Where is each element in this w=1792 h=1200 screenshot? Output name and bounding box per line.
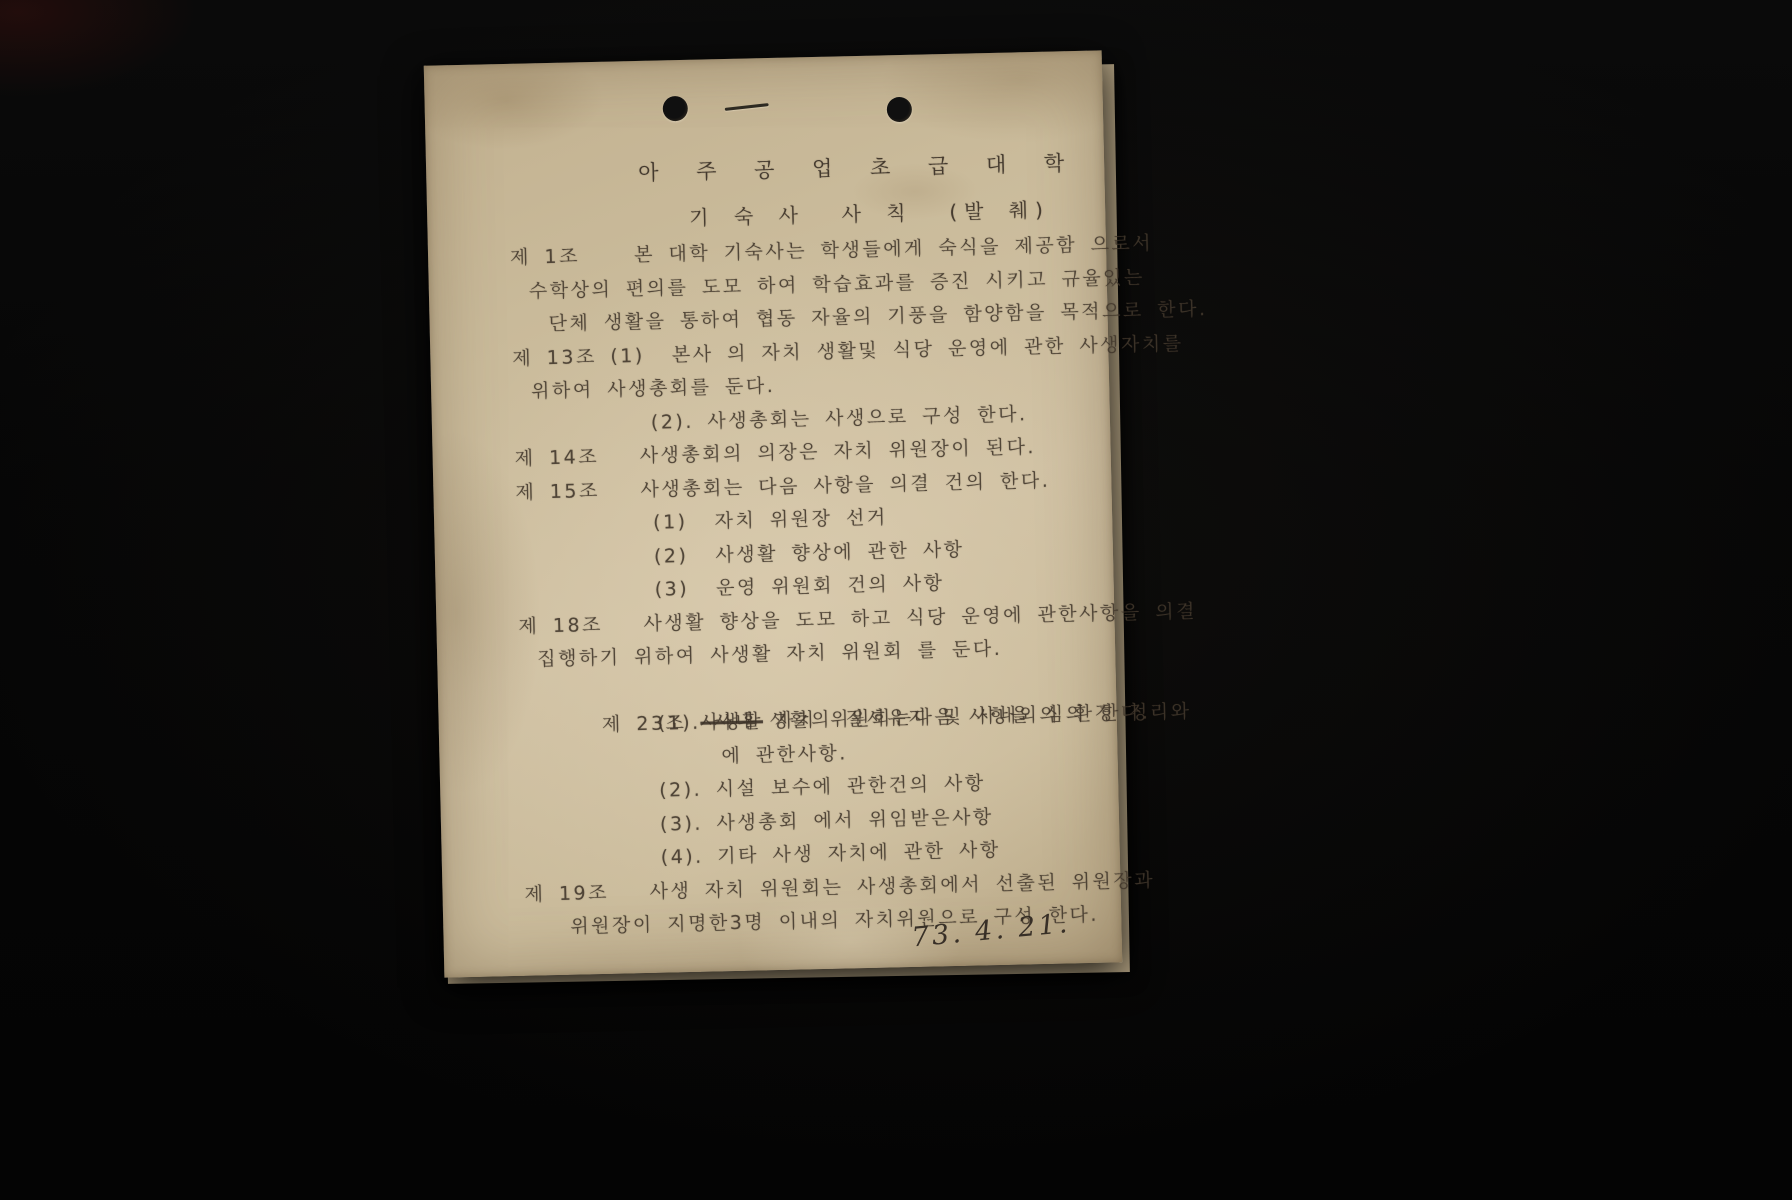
document-title: 아 주 공 업 초 급 대 학 — [638, 147, 1078, 187]
punch-hole-right-icon — [887, 97, 913, 123]
staple-mark-icon — [720, 100, 773, 116]
document-subtitle: 기 숙 사 사 칙 (발 췌) — [689, 194, 1050, 231]
document-paper: 아 주 공 업 초 급 대 학 기 숙 사 사 칙 (발 췌) 제 1조 본 대… — [424, 50, 1123, 977]
punch-hole-left-icon — [662, 96, 688, 122]
document-body: 제 1조 본 대학 기숙사는 학생들에게 숙식을 제공함 으로서 수학상의 편의… — [510, 229, 1086, 945]
